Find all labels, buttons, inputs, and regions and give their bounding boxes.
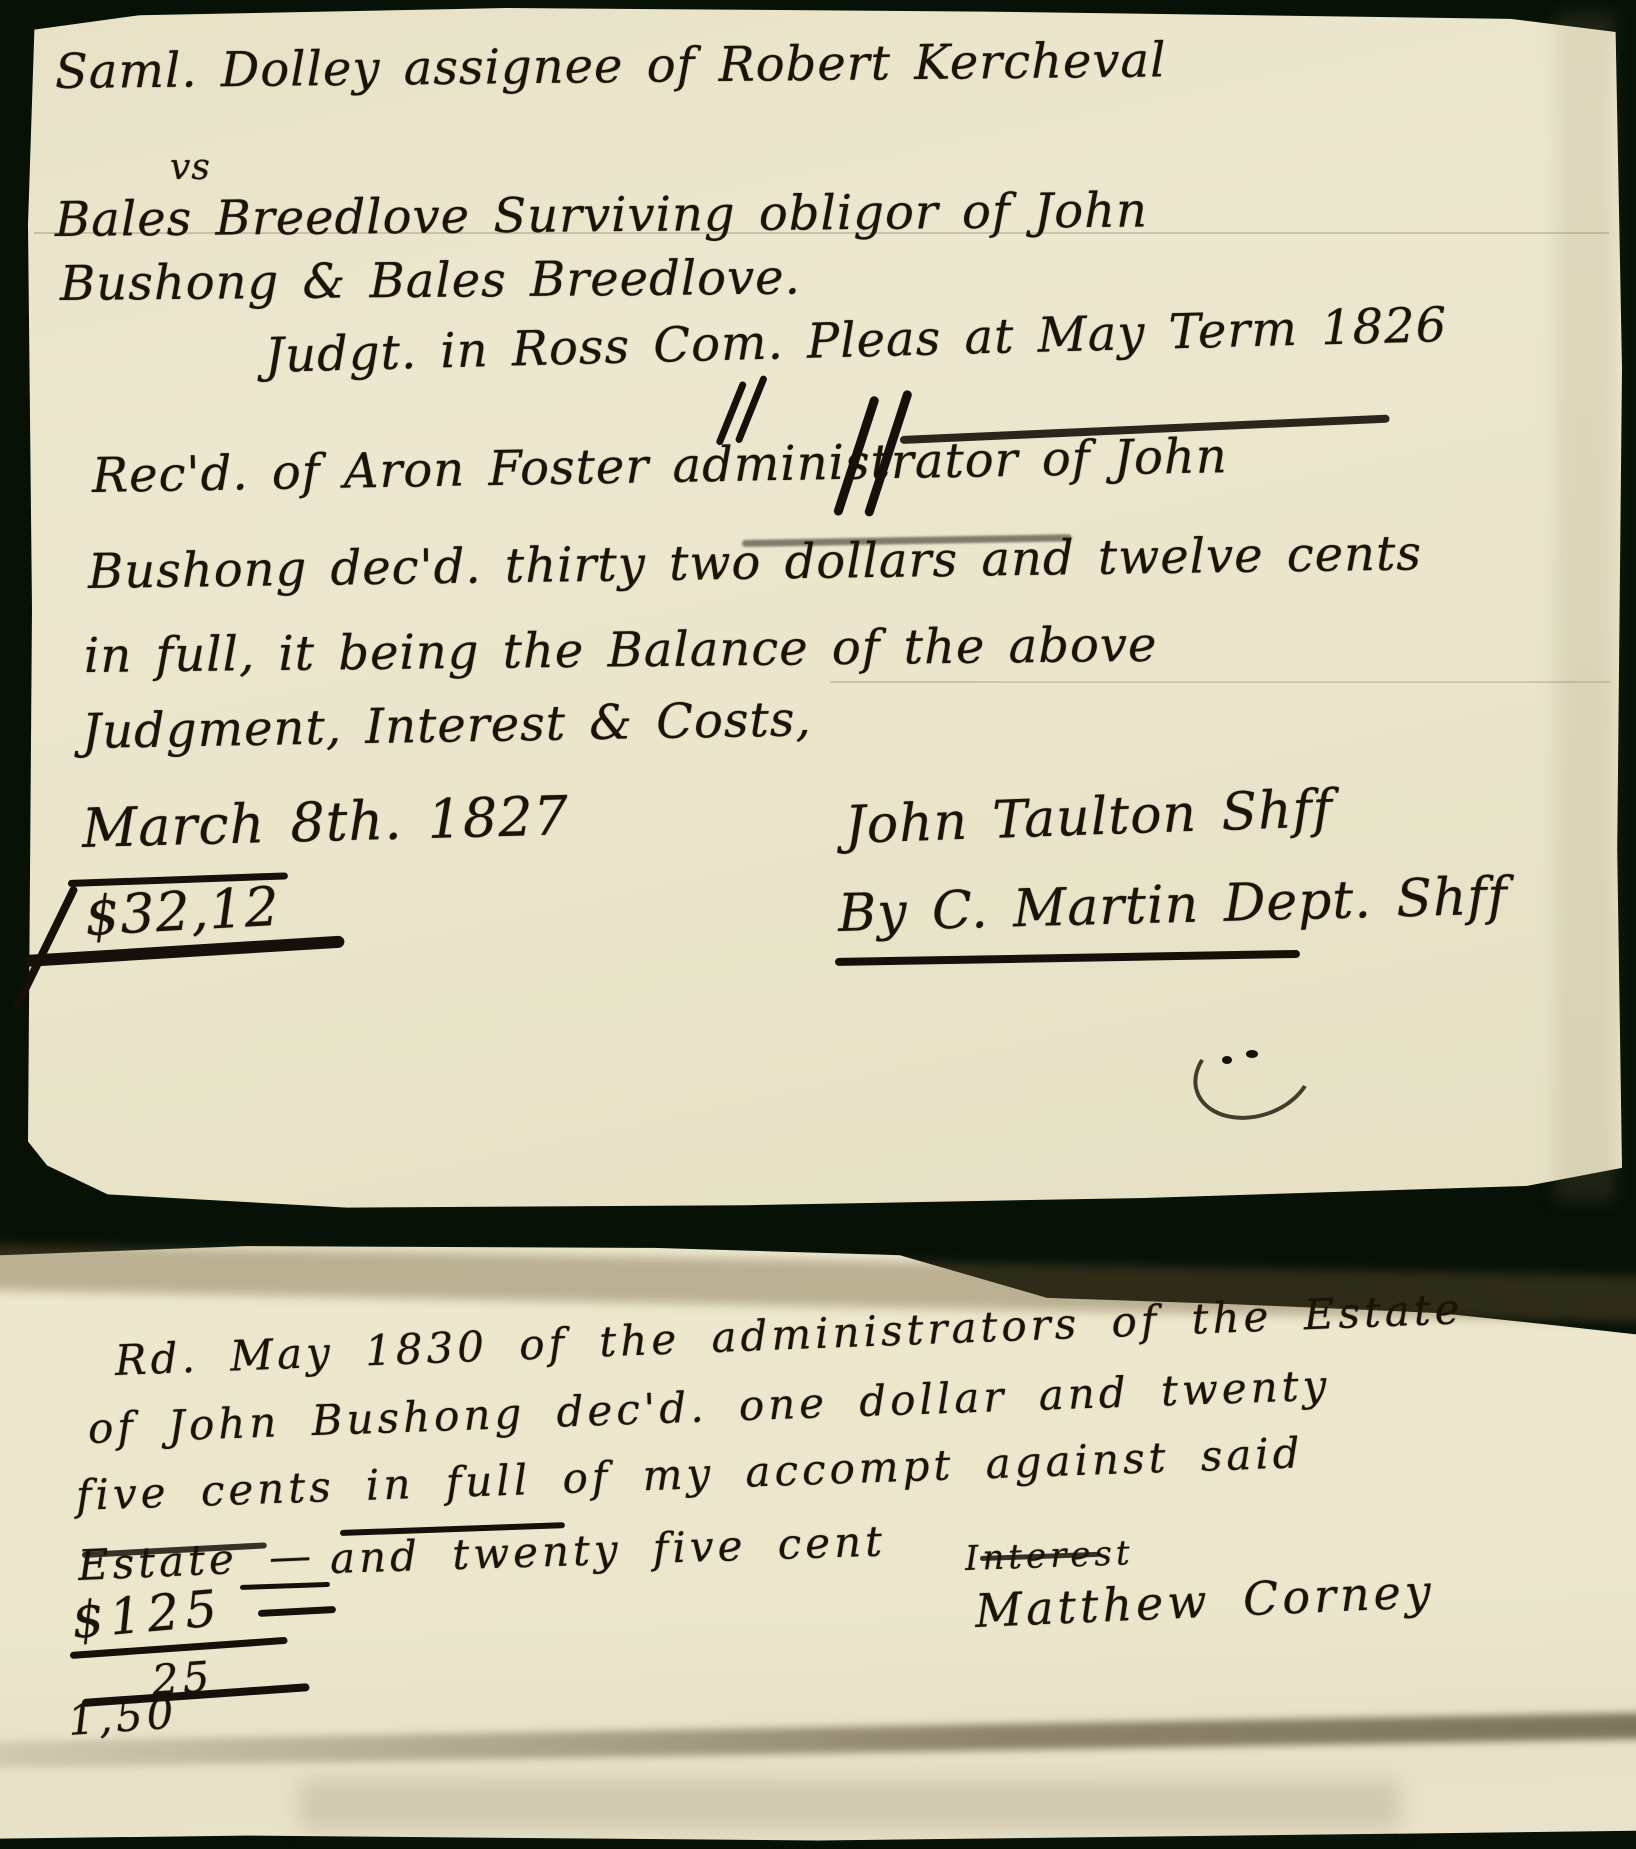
handwriting-versus-label: vs <box>170 150 211 186</box>
handwriting-heading-line2: Bales Breedlove Surviving obligor of Joh… <box>55 186 1148 244</box>
scanned-document-page: Saml. Dolley assignee of Robert Kercheva… <box>0 0 1636 1849</box>
handwriting-body-line3: in full, it being the Balance of the abo… <box>84 621 1158 680</box>
handwriting-body-line4: Judgment, Interest & Costs, <box>82 695 813 756</box>
ink-dot <box>1222 1056 1232 1064</box>
handwriting-heading-line1: Saml. Dolley assignee of Robert Kercheva… <box>55 36 1167 96</box>
handwriting-sum-amount: $125 <box>70 1583 225 1646</box>
handwriting-heading-line3: Bushong & Bales Breedlove. <box>60 254 801 308</box>
handwriting-1830-line4-estate: Estate — <box>77 1535 316 1587</box>
handwriting-date-line: March 8th. 1827 <box>81 789 569 856</box>
handwriting-amount: $32,12 <box>84 880 282 944</box>
ink-dot <box>1246 1050 1258 1058</box>
